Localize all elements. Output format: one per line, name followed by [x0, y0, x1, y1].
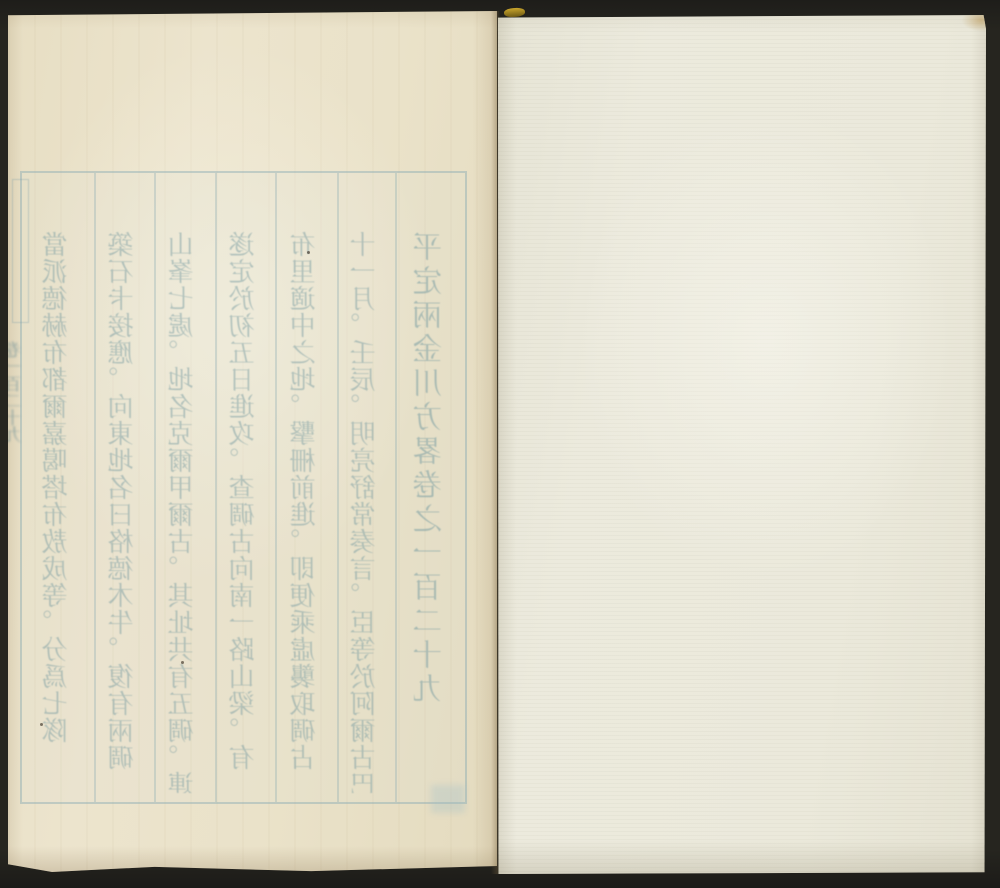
showthrough-title-column: 平定兩金川方畧卷之一百二十九	[414, 231, 446, 701]
column-rule	[395, 173, 397, 802]
column-rule	[275, 173, 277, 802]
column-rule	[215, 173, 217, 802]
showthrough-column: 築石卡接應。向東地名曰格德木牛。復有兩碉	[108, 231, 140, 793]
binding-thread-mark	[504, 7, 526, 17]
showthrough-column: 當派德赫布都爾嘉噶塔布敖成等。分爲七隊	[42, 231, 74, 793]
showthrough-frame: 平定兩金川方畧卷之一百二十九 十一月。壬辰。明亮舒常奏言。臣等於阿爾古巴 布里適…	[20, 171, 467, 804]
showthrough-column: 布里適中之地。擊柵前進。即便乘虛襲取碉占	[290, 231, 322, 793]
ink-speck	[307, 251, 310, 254]
showthrough-corner-patch	[431, 785, 465, 813]
ink-speck	[40, 723, 43, 726]
column-rule	[337, 173, 339, 802]
ink-speck	[181, 661, 184, 664]
book-scan: 平定兩金川方畧卷之一百二十九 十一月。壬辰。明亮舒常奏言。臣等於阿爾古巴 布里適…	[0, 0, 1000, 888]
left-page: 平定兩金川方畧卷之一百二十九 十一月。壬辰。明亮舒常奏言。臣等於阿爾古巴 布里適…	[8, 11, 497, 872]
spine-margin-box	[12, 179, 29, 323]
showthrough-column: 十一月。壬辰。明亮舒常奏言。臣等於阿爾古巴	[350, 231, 382, 793]
right-page	[497, 15, 986, 874]
showthrough-column: 遂定於初五日進攻。查碉古向南一路山梁。有	[229, 231, 261, 793]
column-rule	[154, 173, 156, 802]
column-rule	[94, 173, 96, 802]
showthrough-column: 山峯七處。地名克爾甲爾古。其址共有五碉。連	[168, 231, 200, 793]
spine-title-text: 卷一百二十九	[5, 341, 29, 576]
